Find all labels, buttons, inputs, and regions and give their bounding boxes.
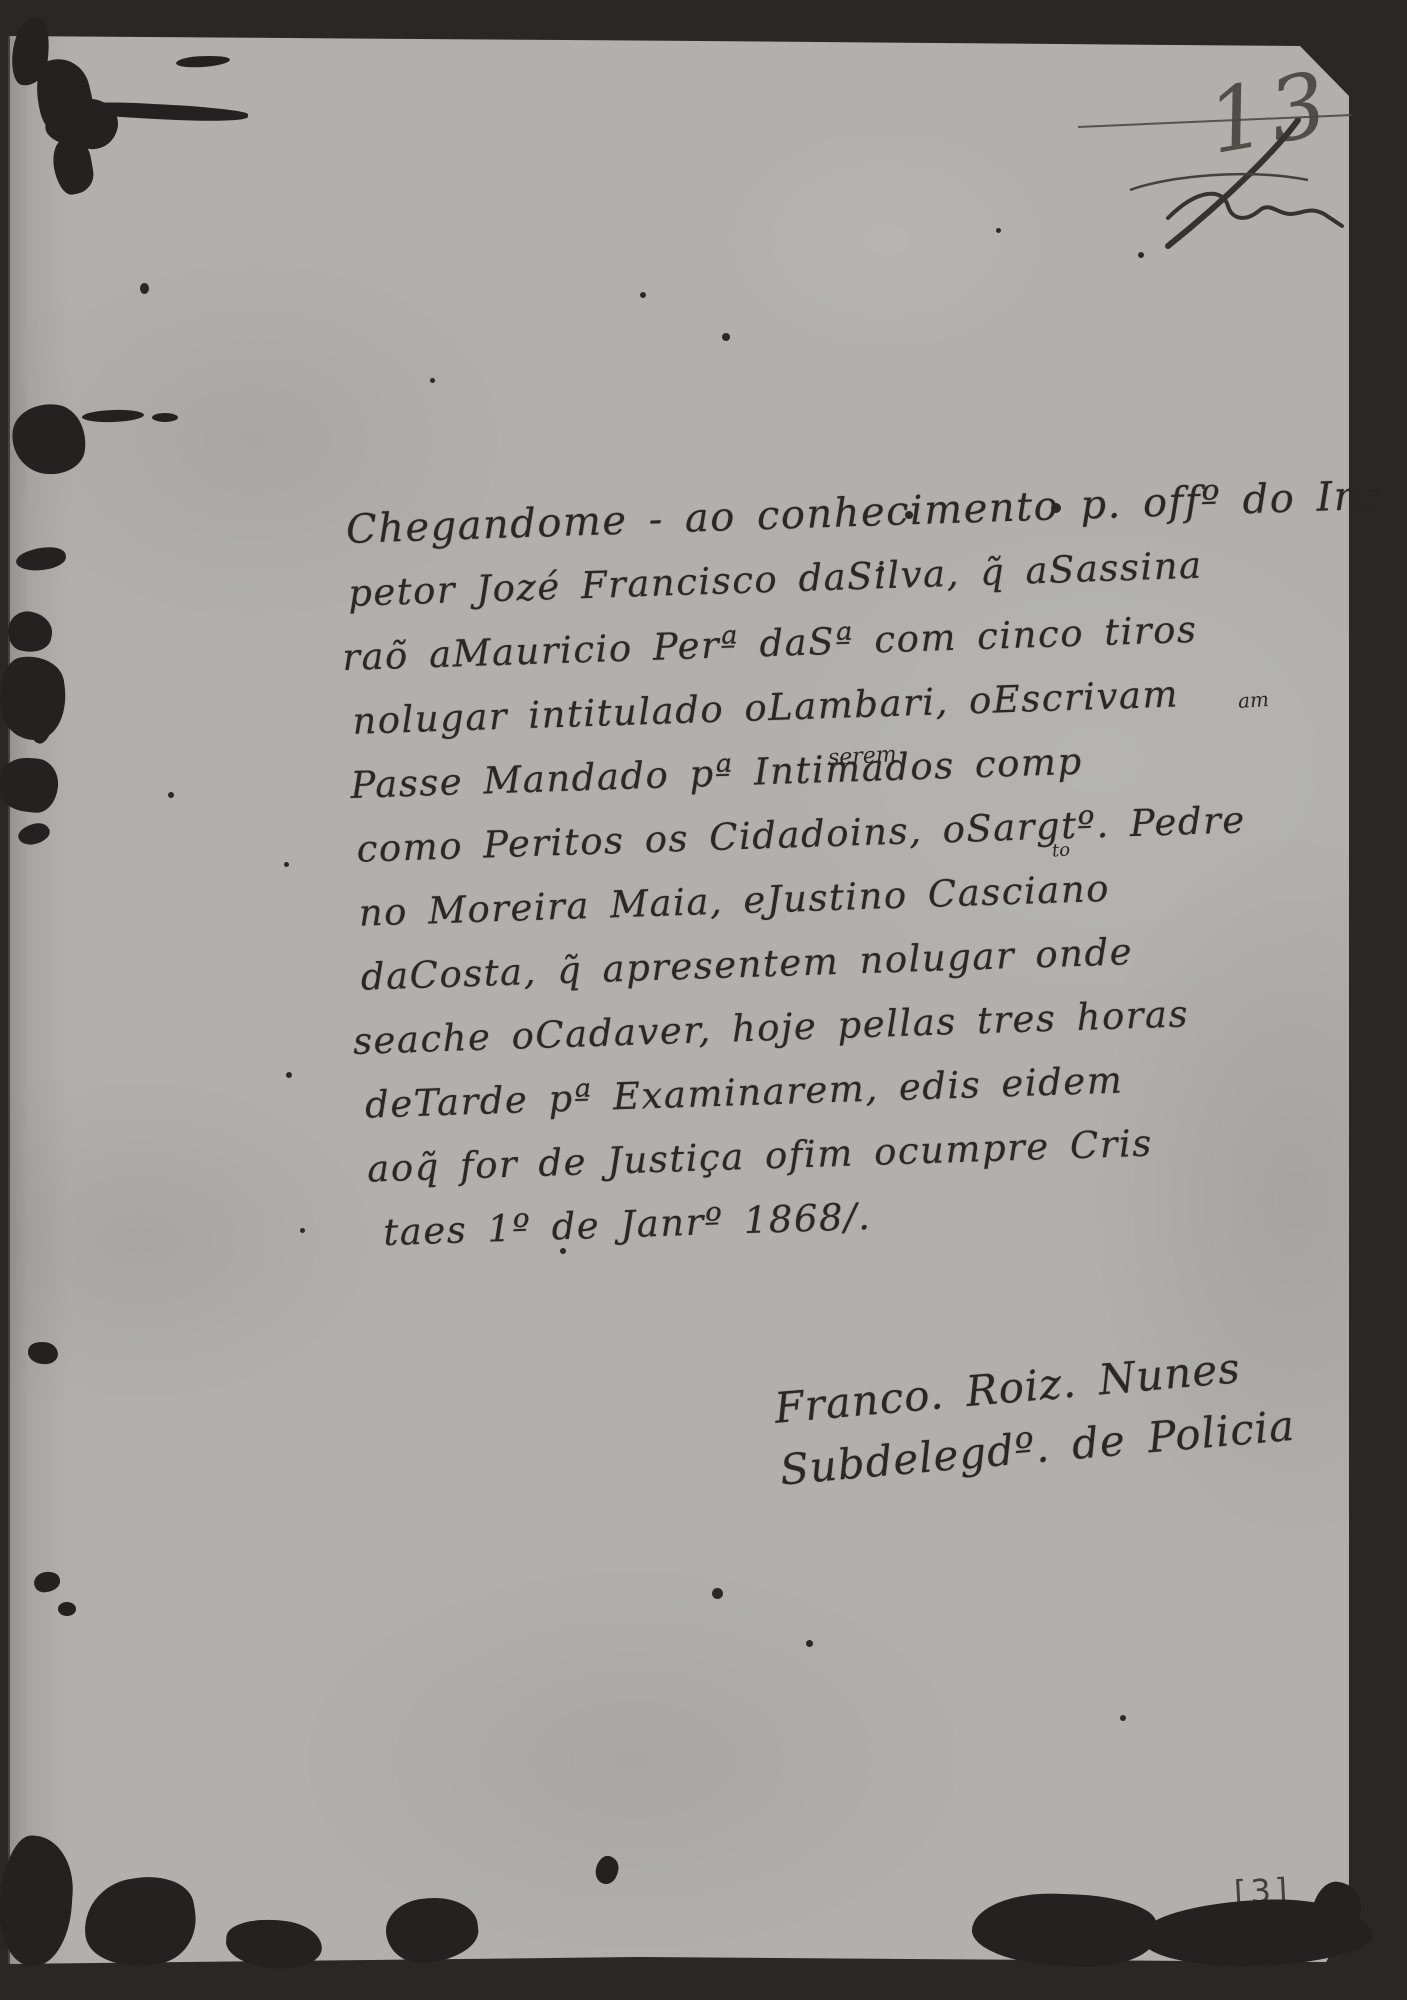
rubric-flourish-icon [1128,118,1368,258]
interlinear-insertion: serem [827,742,897,771]
ink-speck [430,378,435,383]
ink-speck [1120,1715,1126,1721]
ink-speck [806,1640,813,1647]
ink-speck [722,333,730,341]
ink-blot [58,1602,76,1616]
binding-fold-line [8,36,10,1964]
ink-speck [878,566,884,572]
ink-speck [560,1248,566,1254]
ink-speck [1051,503,1061,513]
manuscript-text-block: Chegandome - ao conhecimento p. offº do … [345,464,1390,1265]
ink-speck [905,511,913,519]
ink-speck [140,283,149,294]
superscript-abbreviation: am [1237,687,1269,713]
ink-speck [640,292,646,298]
ink-speck [168,792,174,798]
superscript-abbreviation: to [1051,839,1070,861]
ink-blot [152,413,178,422]
ink-speck [286,1072,292,1078]
scanned-manuscript-page: { "scan": { "page_number": "13", "archiv… [0,0,1407,2000]
ink-speck [1138,252,1144,258]
ink-speck [712,1588,723,1599]
ink-speck [284,862,289,867]
ink-speck [300,1228,305,1233]
ink-speck [996,228,1001,233]
